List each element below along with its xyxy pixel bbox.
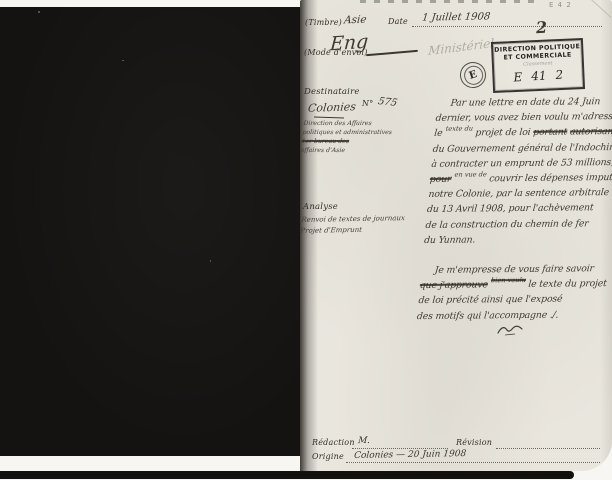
stamp-line2: ET COMMERCIALE <box>503 51 571 61</box>
scanned-archive-page: E 4 2 (Timbre) Asie Date 1 Juillet 1908 … <box>0 0 612 480</box>
scan-speck <box>210 260 211 262</box>
classification-number-handwritten: 2 <box>536 18 548 38</box>
destinataire-label: Destinataire <box>304 87 360 97</box>
text-line: Direction des Affaires <box>303 119 393 128</box>
stamp-small-note: Classement <box>523 60 553 67</box>
origine-value-handwritten: Colonies — 20 Juin 1908 <box>354 449 467 461</box>
numero-label: N° <box>362 99 373 108</box>
circular-stamp-letter: E <box>461 63 485 87</box>
pencil-archive-note: E 4 2 <box>549 1 572 9</box>
circular-e-stamp: E <box>457 59 490 92</box>
text-line: que j'approuve bien voulu le texte du pr… <box>419 276 606 293</box>
revision-label: Révision <box>456 438 492 447</box>
text-line: du Gouvernement général de l'Indochine <box>432 140 612 157</box>
redaction-value-handwritten: M. <box>358 436 371 446</box>
text-line: de la construction du chemin de fer <box>425 216 612 233</box>
mode-envoi-faint-handwriting: Ministériel <box>428 36 495 58</box>
redaction-label: Rédaction <box>312 438 355 447</box>
origine-dotted-line <box>346 461 600 463</box>
text-line: 1er bureau des <box>301 137 391 146</box>
date-value-handwritten: 1 Juillet 1908 <box>421 11 490 23</box>
mode-envoi-handwritten: Eng <box>329 31 369 56</box>
corner-fold-crease <box>587 0 611 18</box>
text-line: Projet d'Emprunt <box>300 224 404 237</box>
text-line: du 13 Avril 1908, pour l'achèvement <box>426 200 612 217</box>
destinataire-service-lines: Direction des Affairespolitiques et admi… <box>300 119 393 155</box>
destinataire-value-handwritten: Colonies <box>307 100 356 115</box>
numero-value-handwritten: 575 <box>377 96 399 109</box>
timbre-value-handwritten: Asie <box>343 14 367 27</box>
mode-envoi-flourish-stroke <box>366 50 418 56</box>
stamp-ref-prefix: E <box>513 70 523 85</box>
analyse-lines: Renvoi de textes de journauxProjet d'Emp… <box>300 213 405 237</box>
stamp-reference: E 41 2 <box>513 67 563 84</box>
scan-black-backing <box>0 7 306 456</box>
origine-label: Origine <box>312 452 344 461</box>
revision-dotted-line <box>496 447 600 449</box>
letter-body: Par une lettre en date du 24 Juindernier… <box>416 94 612 324</box>
timbre-label: (Timbre) <box>305 18 342 27</box>
text-line: Renvoi de textes de journaux <box>301 213 405 226</box>
scan-speck <box>38 11 40 13</box>
scan-black-bottom-edge <box>0 471 574 479</box>
document-page: E 4 2 (Timbre) Asie Date 1 Juillet 1908 … <box>300 0 612 471</box>
text-line: le texte du projet de loi portant autori… <box>433 124 612 141</box>
scan-speck <box>122 60 124 61</box>
date-dotted-line <box>412 25 602 27</box>
stamp-ref-number: 41 <box>531 69 547 84</box>
stamp-ref-suffix: 2 <box>555 67 563 81</box>
analyse-label: Analyse <box>303 202 338 212</box>
text-line: politiques et administratives <box>302 128 392 137</box>
direction-politique-stamp: DIRECTION POLITIQUE ET COMMERCIALE Class… <box>491 38 585 93</box>
paraphe-mark <box>496 322 524 338</box>
date-label: Date <box>388 17 408 26</box>
text-line: affaires d'Asie <box>300 146 390 155</box>
scan-edge-smudge <box>360 0 540 3</box>
